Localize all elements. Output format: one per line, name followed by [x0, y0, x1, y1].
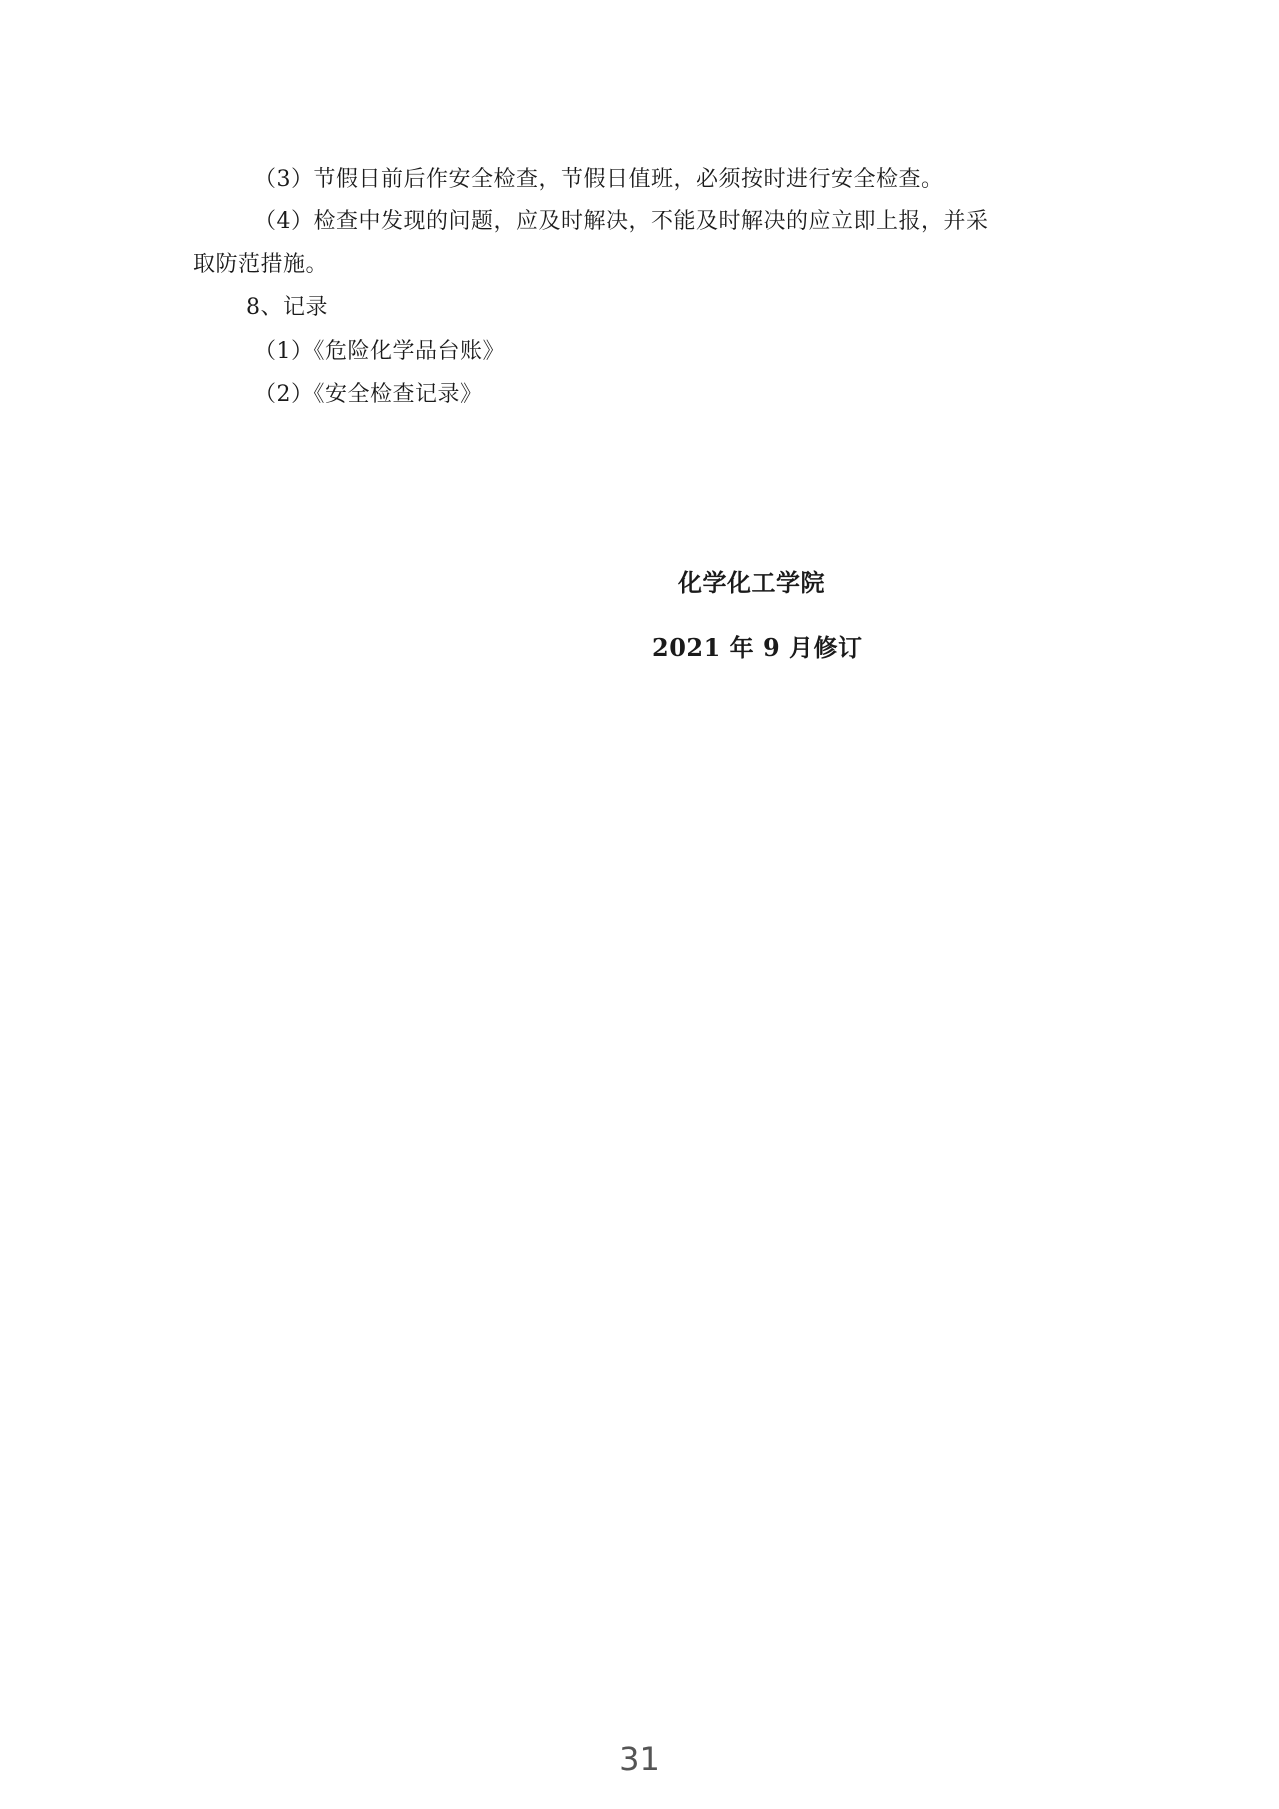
paragraph-item-3: （3）节假日前后作安全检查，节假日值班，必须按时进行安全检查。	[254, 165, 944, 195]
paragraph-item-4: （4）检查中发现的问题，应及时解决，不能及时解决的应立即上报，并采	[254, 207, 989, 237]
record-item-2: （2）《安全检查记录》	[254, 380, 483, 410]
paragraph-item-4-continued: 取防范措施。	[193, 250, 328, 280]
signature-date: 2021 年 9 月修订	[652, 633, 863, 663]
page-number: 31	[0, 1740, 1279, 1778]
record-item-1: （1）《危险化学品台账》	[254, 337, 505, 367]
signature-organization: 化学化工学院	[678, 568, 825, 598]
section-heading: 8、记录	[246, 293, 328, 323]
